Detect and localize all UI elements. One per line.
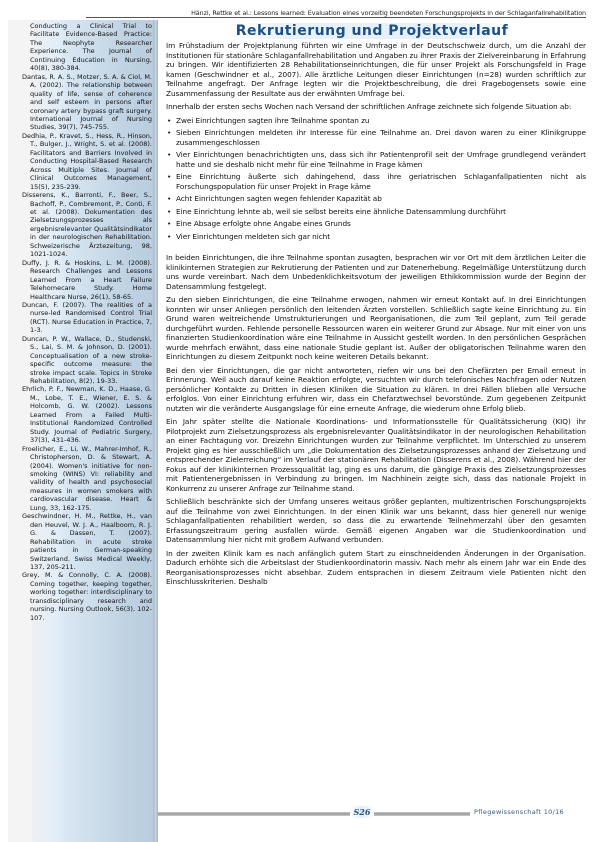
- paragraph: Ein Jahr später stellte die Nationale Ko…: [166, 417, 586, 493]
- bullet-list: •Zwei Einrichtungen sagten ihre Teilnahm…: [166, 116, 586, 242]
- sidebar-divider: [153, 20, 158, 842]
- reference-entry: Duncan, P. W., Wallace, D., Studenski, S…: [22, 335, 152, 386]
- bullet-item: •Eine Einrichtung äußerte sich dahingehe…: [166, 172, 586, 191]
- reference-entry: Grey, M. & Connolly, C. A. (2008). Comin…: [22, 571, 152, 622]
- page-number: S26: [350, 806, 374, 818]
- bullet-item: •Sieben Einrichtungen meldeten ihr Inter…: [166, 128, 586, 147]
- bullet-item: •Acht Einrichtungen sagten wegen fehlend…: [166, 194, 586, 204]
- reference-entry: Dedhia, P., Kravet, S., Hess, R., Hinson…: [22, 132, 152, 191]
- bullet-text: Vier Einrichtungen meldeten sich gar nic…: [176, 232, 330, 241]
- bullet-item: •Eine Absage erfolgte ohne Angabe eines …: [166, 219, 586, 229]
- bullet-icon: •: [167, 194, 171, 204]
- bullet-text: Eine Einrichtung äußerte sich dahingehen…: [176, 172, 586, 191]
- section-title: Rekrutierung und Projektverlauf: [222, 22, 522, 40]
- bullet-text: Acht Einrichtungen sagten wegen fehlende…: [176, 194, 382, 203]
- bullet-item: •Zwei Einrichtungen sagten ihre Teilnahm…: [166, 116, 586, 126]
- reference-entry: Dantas, R. A. S., Motzer, S. A. & Ciol, …: [22, 73, 152, 132]
- paragraph: Zu den sieben Einrichtungen, die eine Te…: [166, 295, 586, 362]
- paragraph: Innerhalb der ersten sechs Wochen nach V…: [166, 102, 586, 112]
- bullet-text: Sieben Einrichtungen meldeten ihr Intere…: [176, 128, 586, 147]
- bullet-icon: •: [167, 172, 171, 182]
- reference-entry: Geschwindner, H. M., Rettke, H., van den…: [22, 512, 152, 571]
- bullet-item: •Eine Einrichtung lehnte ab, weil sie se…: [166, 207, 586, 217]
- bullet-icon: •: [167, 116, 171, 126]
- bullet-text: Eine Einrichtung lehnte ab, weil sie sel…: [176, 207, 506, 216]
- section-title-text: Rekrutierung und Projektverlauf: [232, 23, 512, 39]
- reference-entry: Froelicher, E., Li, W., Mahrer-Imhof, R.…: [22, 445, 152, 513]
- reference-entry: Disserens, K., Barronti, F., Beer, S., B…: [22, 191, 152, 259]
- bullet-icon: •: [167, 128, 171, 138]
- paragraph: In der zweiten Klinik kam es nach anfäng…: [166, 549, 586, 587]
- running-header: Hänzi, Rettke et al.: Lessons learned: E…: [86, 9, 586, 18]
- bullet-icon: •: [167, 219, 171, 229]
- reference-entry: Ehrlich, P. F., Newman, K. D., Haase, G.…: [22, 385, 152, 444]
- reference-entry: Duncan, F. (2007). The realities of a nu…: [22, 301, 152, 335]
- article-body: Im Frühstadium der Projektplanung führte…: [166, 41, 586, 591]
- bullet-text: Eine Absage erfolgte ohne Angabe eines G…: [176, 219, 351, 228]
- bullet-icon: •: [167, 150, 171, 160]
- bullet-icon: •: [167, 207, 171, 217]
- paragraph: Im Frühstadium der Projektplanung führte…: [166, 41, 586, 98]
- references-column: Conducting a Clinical Trial to Facilitat…: [22, 22, 152, 622]
- bullet-item: •Vier Einrichtungen meldeten sich gar ni…: [166, 232, 586, 242]
- reference-entry: Conducting a Clinical Trial to Facilitat…: [22, 22, 152, 73]
- spacer: [166, 245, 586, 253]
- footer-rule: [158, 812, 470, 816]
- paragraph: Schließlich beschränkte sich der Umfang …: [166, 497, 586, 545]
- paragraph: Bei den vier Einrichtungen, die gar nich…: [166, 366, 586, 414]
- bullet-text: Zwei Einrichtungen sagten ihre Teilnahme…: [176, 116, 370, 125]
- reference-entry: Duffy, J. R. & Hoskins, L. M. (2008). Re…: [22, 259, 152, 301]
- bullet-item: •Vier Einrichtungen benachrichtigten uns…: [166, 150, 586, 169]
- bullet-icon: •: [167, 232, 171, 242]
- paragraph: In beiden Einrichtungen, die ihre Teilna…: [166, 253, 586, 291]
- bullet-text: Vier Einrichtungen benachrichtigten uns,…: [176, 150, 586, 169]
- journal-name: Pflegewissenschaft 10/16: [474, 807, 589, 817]
